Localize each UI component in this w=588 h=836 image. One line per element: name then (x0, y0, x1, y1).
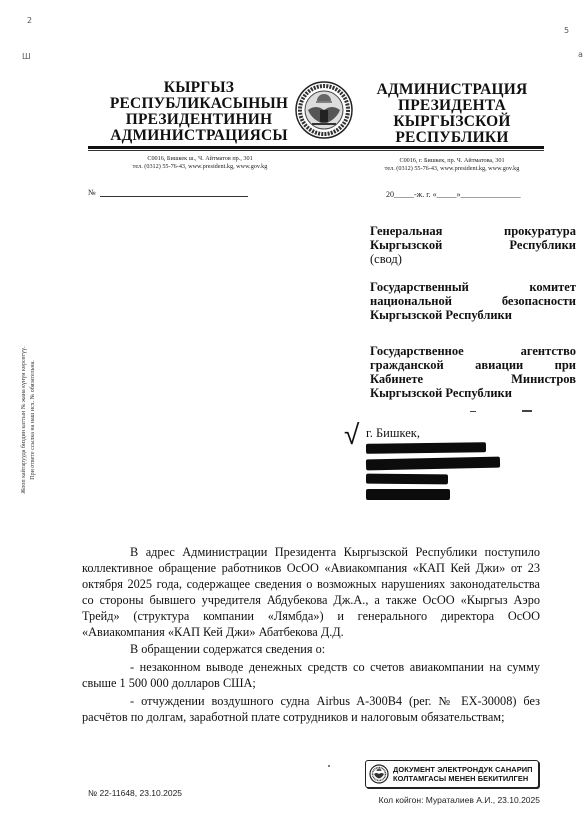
paragraph: В адрес Администрации Президента Кыргызс… (82, 544, 540, 640)
state-emblem-icon (294, 80, 354, 140)
corner-mark-top-right: 5 (564, 26, 569, 35)
recipient-civil-aviation-agency: Государственноеагентство гражданскойавиа… (370, 344, 576, 400)
header-left-line: РЕСПУБЛИКАСЫНЫН (104, 96, 294, 112)
corner-mark-top-left: 2 (27, 16, 32, 25)
address-line: С0016, Бишкек ш., Ч. Айтматов пр., 301 (100, 155, 300, 163)
header-rule-thick (88, 146, 544, 149)
text: при (555, 358, 576, 372)
paragraph: В обращении содержатся сведения о: (82, 641, 540, 657)
header-left-line: КЫРГЫЗ (104, 80, 294, 96)
address-line: тел. (0312) 55-76-43, www.president.kg, … (100, 163, 300, 171)
document-number: № 22-11648, 23.10.2025 (88, 788, 182, 798)
address-line: тел. (0312) 55-76-43, www.president.kg, … (352, 165, 552, 173)
redacted-line (366, 489, 450, 500)
state-emblem-small-icon (369, 764, 389, 784)
side-note-line: При ответе ссылка на наш исх. № обязател… (29, 330, 38, 510)
header-right-address: С0016, г. Бишкек, пр. Ч. Айтматова, 301 … (352, 157, 552, 173)
text: Республики (509, 238, 576, 252)
redacted-line (366, 474, 448, 485)
text: прокуратура (504, 224, 576, 238)
text: Кыргызской (370, 238, 442, 252)
header-right-line: АДМИНИСТРАЦИЯ (372, 82, 532, 98)
header-right-line: КЫРГЫЗСКОЙ (372, 114, 532, 130)
signed-by: Кол койгон: Мураталиев А.И., 23.10.2025 (372, 795, 540, 805)
text: агентство (521, 344, 576, 358)
text: Генеральная (370, 224, 442, 238)
scan-speck (328, 765, 330, 767)
text: Кыргызской Республики (370, 386, 576, 400)
text: комитет (529, 280, 576, 294)
text: гражданской (370, 358, 444, 372)
stamp-text: ДОКУМЕНТ ЭЛЕКТРОНДУК САНАРИП КОЛТАМГАСЫ … (393, 765, 533, 784)
address-line: С0016, г. Бишкек, пр. Ч. Айтматова, 301 (352, 157, 552, 165)
body-bullet-2: - отчуждении воздушного судна Airbus A-3… (82, 693, 540, 725)
text: национальной (370, 294, 452, 308)
side-note-line: Жооп кайтарууда биздин каттын № жана күн… (20, 330, 29, 510)
scan-speck (470, 411, 476, 412)
text: авиации (475, 358, 523, 372)
text: Государственное (370, 344, 464, 358)
stamp-line: ДОКУМЕНТ ЭЛЕКТРОНДУК САНАРИП (393, 765, 533, 775)
text: Министров (511, 372, 576, 386)
digital-signature-stamp: ДОКУМЕНТ ЭЛЕКТРОНДУК САНАРИП КОЛТАМГАСЫ … (365, 760, 539, 788)
header-right-line: ПРЕЗИДЕНТА (372, 98, 532, 114)
address-city: г. Бишкек, (366, 426, 420, 441)
corner-mark-right: а (578, 50, 583, 59)
text: Кабинете (370, 372, 423, 386)
header-right-title: АДМИНИСТРАЦИЯ ПРЕЗИДЕНТА КЫРГЫЗСКОЙ РЕСП… (372, 82, 532, 146)
stamp-line: КОЛТАМГАСЫ МЕНЕН БЕКИТИЛГЕН (393, 774, 533, 784)
redacted-line (366, 442, 486, 454)
date-template: 20_____-ж. г. «_____»_______________ (386, 190, 521, 199)
outgoing-number-label: № (88, 188, 96, 197)
header-left-address: С0016, Бишкек ш., Ч. Айтматов пр., 301 т… (100, 155, 300, 171)
header-left-line: ПРЕЗИДЕНТИНИН (104, 112, 294, 128)
corner-mark-left: Ш (22, 52, 31, 61)
redacted-line (366, 457, 500, 471)
header-right-line: РЕСПУБЛИКИ (372, 130, 532, 146)
body-bullet-1: - незаконном выводе денежных средств со … (82, 659, 540, 691)
side-note-reference: Жооп кайтарууда биздин каттын № жана күн… (20, 330, 60, 510)
text: Государственный (370, 280, 469, 294)
check-mark-icon: √ (344, 420, 359, 450)
body-paragraph-1: В адрес Администрации Президента Кыргызс… (82, 544, 540, 640)
bullet: - отчуждении воздушного судна Airbus A-3… (82, 693, 540, 725)
header-rule-thin (88, 150, 544, 151)
text: безопасности (502, 294, 576, 308)
text: (свод) (370, 252, 576, 266)
text: Кыргызской Республики (370, 308, 576, 322)
outgoing-number-field (100, 196, 248, 197)
recipient-security-committee: Государственныйкомитет национальнойбезоп… (370, 280, 576, 322)
recipient-prosecutor: Генеральнаяпрокуратура КыргызскойРеспубл… (370, 224, 576, 266)
header-left-line: АДМИНИСТРАЦИЯСЫ (104, 128, 294, 144)
body-paragraph-2: В обращении содержатся сведения о: (82, 641, 540, 657)
bullet: - незаконном выводе денежных средств со … (82, 659, 540, 691)
header-left-title: КЫРГЫЗ РЕСПУБЛИКАСЫНЫН ПРЕЗИДЕНТИНИН АДМ… (104, 80, 294, 144)
scan-speck (522, 410, 532, 412)
